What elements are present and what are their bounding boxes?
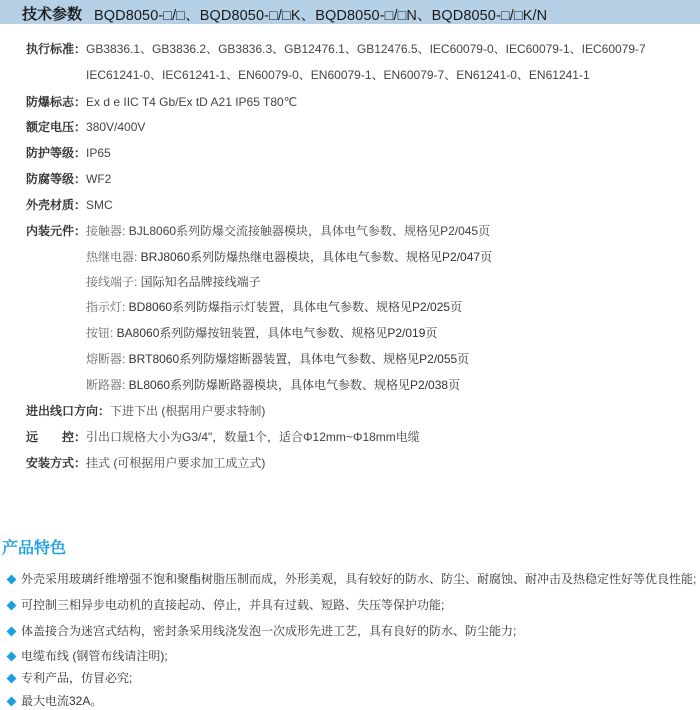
component-desc: BRJ8060系列防爆热继电器模块，具体电气参数、规格见P2/047页 bbox=[141, 250, 492, 264]
spec-value: GB3836.1、GB3836.2、GB3836.3、GB12476.1、GB1… bbox=[86, 42, 646, 56]
feature-text: 最大电流32A。 bbox=[21, 694, 102, 708]
diamond-bullet-icon bbox=[7, 600, 17, 610]
spec-protection: 防护等级：IP65 bbox=[26, 145, 111, 161]
spec-value: Ex d e IIC T4 Gb/Ex tD A21 IP65 T80℃ bbox=[86, 95, 297, 109]
component-item: 接线端子: 国际知名品牌接线端子 bbox=[86, 274, 261, 290]
spec-label: 安装方式： bbox=[26, 455, 86, 471]
spec-label: 防腐等级： bbox=[26, 171, 86, 187]
component-desc: BD8060系列防爆指示灯装置，具体电气参数、规格见P2/025页 bbox=[129, 300, 462, 314]
section-title: 技术参数 bbox=[22, 3, 82, 24]
feature-item: 电缆布线 (钢管布线请注明); bbox=[4, 648, 168, 664]
diamond-bullet-icon bbox=[7, 626, 17, 636]
spec-label: 防护等级： bbox=[26, 145, 86, 161]
spec-label: 外壳材质： bbox=[26, 197, 86, 213]
component-item: 指示灯: BD8060系列防爆指示灯装置，具体电气参数、规格见P2/025页 bbox=[86, 299, 462, 315]
diamond-bullet-icon bbox=[7, 673, 17, 683]
component-desc: BRT8060系列防爆熔断器装置，具体电气参数、规格见P2/055页 bbox=[129, 352, 470, 366]
spec-value: SMC bbox=[86, 198, 113, 212]
spec-ex-mark: 防爆标志：Ex d e IIC T4 Gb/Ex tD A21 IP65 T80… bbox=[26, 94, 297, 110]
spec-label: 执行标准： bbox=[26, 41, 86, 57]
component-name: 指示灯: bbox=[86, 300, 129, 314]
spec-label: 额定电压： bbox=[26, 119, 86, 135]
feature-text: 外壳采用玻璃纤维增强不饱和聚酯树脂压制而成，外形美观，具有较好的防水、防尘、耐腐… bbox=[21, 572, 696, 586]
spec-install: 安装方式：挂式 (可根据用户要求加工成立式) bbox=[26, 455, 265, 471]
spec-label-a: 远 bbox=[26, 429, 62, 445]
features-title: 产品特色 bbox=[2, 535, 66, 558]
component-item: 断路器: BL8060系列防爆断路器模块，具体电气参数、规格见P2/038页 bbox=[86, 377, 460, 393]
model-list: BQD8050-□/□、BQD8050-□/□K、BQD8050-□/□N、BQ… bbox=[94, 4, 547, 25]
feature-item: 最大电流32A。 bbox=[4, 693, 102, 709]
feature-item: 专利产品，仿冒必究; bbox=[4, 670, 132, 686]
spec-label: 进出线口方向： bbox=[26, 403, 110, 419]
component-item: 热继电器: BRJ8060系列防爆热继电器模块，具体电气参数、规格见P2/047… bbox=[86, 249, 492, 265]
feature-text: 可控制三相异步电动机的直接起动、停止，并具有过载、短路、失压等保护功能; bbox=[21, 598, 444, 612]
component-desc: 国际知名品牌接线端子 bbox=[141, 275, 261, 289]
component-desc: BA8060系列防爆按钮装置，具体电气参数、规格见P2/019页 bbox=[117, 326, 438, 340]
diamond-bullet-icon bbox=[7, 651, 17, 661]
spec-value: 挂式 (可根据用户要求加工成立式) bbox=[86, 456, 265, 470]
feature-text: 电缆布线 (钢管布线请注明); bbox=[21, 649, 168, 663]
spec-material: 外壳材质：SMC bbox=[26, 197, 113, 213]
feature-item: 可控制三相异步电动机的直接起动、停止，并具有过载、短路、失压等保护功能; bbox=[4, 597, 444, 613]
spec-value: IEC61241-0、IEC61241-1、EN60079-0、EN60079-… bbox=[86, 68, 590, 82]
spec-label-b: 控： bbox=[62, 429, 86, 445]
spec-value: IP65 bbox=[86, 146, 111, 160]
feature-text: 体盖接合为迷宫式结构，密封条采用线浇发泡一次成形先进工艺，具有良好的防水、防尘能… bbox=[21, 624, 516, 638]
spec-value: WF2 bbox=[86, 172, 111, 186]
spec-standards-line2: IEC61241-0、IEC61241-1、EN60079-0、EN60079-… bbox=[86, 67, 590, 83]
component-name: 热继电器: bbox=[86, 250, 141, 264]
component-name: 接线端子: bbox=[86, 275, 141, 289]
component-name: 熔断器: bbox=[86, 352, 129, 366]
component-item: 按钮: BA8060系列防爆按钮装置，具体电气参数、规格见P2/019页 bbox=[86, 325, 437, 341]
component-item: 熔断器: BRT8060系列防爆熔断器装置，具体电气参数、规格见P2/055页 bbox=[86, 351, 469, 367]
spec-label: 防爆标志： bbox=[26, 94, 86, 110]
spec-voltage: 额定电压：380V/400V bbox=[26, 119, 145, 135]
component-desc: BJL8060系列防爆交流接触器模块，具体电气参数、规格见P2/045页 bbox=[129, 224, 490, 238]
spec-remote: 远控：引出口规格大小为G3/4"，数量1个，适合Φ12mm~Φ18mm电缆 bbox=[26, 429, 420, 445]
spec-value: 引出口规格大小为G3/4"，数量1个，适合Φ12mm~Φ18mm电缆 bbox=[86, 430, 420, 444]
feature-item: 外壳采用玻璃纤维增强不饱和聚酯树脂压制而成，外形美观，具有较好的防水、防尘、耐腐… bbox=[4, 571, 696, 587]
component-desc: BL8060系列防爆断路器模块，具体电气参数、规格见P2/038页 bbox=[129, 378, 460, 392]
component-name: 断路器: bbox=[86, 378, 129, 392]
spec-value: 380V/400V bbox=[86, 120, 145, 134]
spec-anticorrosion: 防腐等级：WF2 bbox=[26, 171, 111, 187]
spec-components: 内装元件：接触器: BJL8060系列防爆交流接触器模块，具体电气参数、规格见P… bbox=[26, 223, 490, 239]
spec-standards: 执行标准：GB3836.1、GB3836.2、GB3836.3、GB12476.… bbox=[26, 41, 646, 57]
feature-text: 专利产品，仿冒必究; bbox=[21, 671, 132, 685]
section-header: 技术参数 BQD8050-□/□、BQD8050-□/□K、BQD8050-□/… bbox=[0, 0, 700, 24]
feature-item: 体盖接合为迷宫式结构，密封条采用线浇发泡一次成形先进工艺，具有良好的防水、防尘能… bbox=[4, 623, 516, 639]
spec-label: 内装元件： bbox=[26, 223, 86, 239]
diamond-bullet-icon bbox=[7, 574, 17, 584]
diamond-bullet-icon bbox=[7, 696, 17, 706]
spec-value: 下进下出 (根据用户要求特制) bbox=[110, 404, 265, 418]
spec-cable-direction: 进出线口方向：下进下出 (根据用户要求特制) bbox=[26, 403, 265, 419]
component-name: 接触器: bbox=[86, 224, 129, 238]
component-name: 按钮: bbox=[86, 326, 117, 340]
